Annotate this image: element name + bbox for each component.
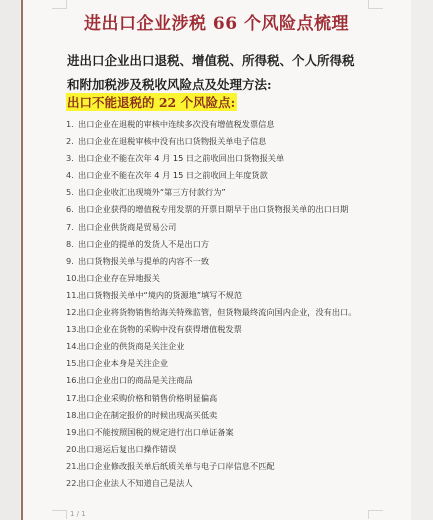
item-text: 出口企业将货物销售给海关特殊监管，但货物最终流向国内企业，没有出口。 bbox=[78, 307, 356, 317]
list-item: 22.出口企业法人不知道自己是法人 bbox=[66, 475, 356, 492]
item-number: 19. bbox=[66, 424, 78, 441]
list-item: 9.出口货物报关单与提单的内容不一致 bbox=[66, 253, 356, 270]
viewer-background bbox=[0, 0, 20, 520]
intro-line: 进出口企业出口退税、增值税、所得税、个人所得税 bbox=[67, 49, 377, 73]
item-number: 16. bbox=[66, 372, 78, 389]
item-text: 出口企业法人不知道自己是法人 bbox=[78, 478, 193, 488]
list-item: 20.出口退运后复出口操作错误 bbox=[66, 441, 356, 458]
item-text: 出口企业获得的增值税专用发票的开票日期早于出口货物报关单的出口日期 bbox=[78, 204, 348, 214]
list-item: 16.出口企业出口的商品是关注商品 bbox=[66, 372, 356, 389]
item-text: 出口货物报关单与提单的内容不一致 bbox=[78, 256, 209, 266]
item-text: 出口企业存在异地报关 bbox=[78, 273, 160, 283]
list-item: 8.出口企业的提单的发货人不是出口方 bbox=[66, 236, 356, 253]
item-number: 7. bbox=[66, 219, 78, 236]
viewer-scroll-area bbox=[411, 0, 433, 520]
item-text: 出口企业收汇出现境外“第三方付款行为” bbox=[78, 187, 226, 197]
list-item: 1.出口企业在退税的审核中连续多次没有增值税发票信息 bbox=[66, 116, 356, 133]
list-item: 13.出口企业在货物的采购中没有获得增值税发票 bbox=[66, 321, 356, 338]
item-text: 出口企业采购价格和销售价格明显偏高 bbox=[78, 393, 217, 403]
list-item: 14.出口企业的供货商是关注企业 bbox=[66, 338, 356, 355]
list-item: 7.出口企业供货商是贸易公司 bbox=[66, 219, 356, 236]
item-number: 12. bbox=[66, 304, 78, 321]
list-item: 12.出口企业将货物销售给海关特殊监管，但货物最终流向国内企业，没有出口。 bbox=[66, 304, 356, 321]
item-number: 6. bbox=[66, 201, 78, 218]
item-text: 出口企业不能在次年 4 月 15 日之前收回上年度货款 bbox=[78, 170, 268, 180]
item-number: 14. bbox=[66, 338, 78, 355]
item-number: 21. bbox=[66, 458, 78, 475]
item-number: 15. bbox=[66, 355, 78, 372]
page-indicator: 1 / 1 bbox=[70, 510, 86, 518]
list-item: 2.出口企业在退税审核中没有出口货物报关单电子信息 bbox=[66, 133, 356, 150]
list-item: 5.出口企业收汇出现境外“第三方付款行为” bbox=[66, 184, 356, 201]
item-number: 17. bbox=[66, 390, 78, 407]
section-heading-highlighted: 出口不能退税的 22 个风险点: bbox=[66, 93, 237, 111]
item-number: 10. bbox=[66, 270, 78, 287]
item-text: 出口企业在退税审核中没有出口货物报关单电子信息 bbox=[78, 136, 266, 146]
item-text: 出口企业不能在次年 4 月 15 日之前收回出口货物报关单 bbox=[78, 153, 284, 163]
list-item: 17.出口企业采购价格和销售价格明显偏高 bbox=[66, 390, 356, 407]
item-number: 18. bbox=[66, 407, 78, 424]
item-text: 出口货物报关单中“境内的货源地”填写不规范 bbox=[78, 290, 242, 300]
item-text: 出口企业出口的商品是关注商品 bbox=[78, 375, 193, 385]
list-item: 11.出口货物报关单中“境内的货源地”填写不规范 bbox=[66, 287, 356, 304]
list-item: 4.出口企业不能在次年 4 月 15 日之前收回上年度货款 bbox=[66, 167, 356, 184]
crop-mark-bottom-right bbox=[368, 510, 383, 519]
list-item: 6.出口企业获得的增值税专用发票的开票日期早于出口货物报关单的出口日期 bbox=[66, 201, 356, 218]
item-text: 出口企在制定报价的时候出现高买低卖 bbox=[78, 410, 217, 420]
item-text: 出口企业本身是关注企业 bbox=[78, 358, 168, 368]
item-number: 5. bbox=[66, 184, 78, 201]
list-item: 18.出口企在制定报价的时候出现高买低卖 bbox=[66, 407, 356, 424]
intro-paragraph: 进出口企业出口退税、增值税、所得税、个人所得税 和附加税涉及税收风险点及处理方法… bbox=[67, 49, 377, 97]
item-text: 出口企业在货物的采购中没有获得增值税发票 bbox=[78, 324, 242, 334]
crop-mark-top-right bbox=[368, 0, 383, 9]
item-text: 出口企业的提单的发货人不是出口方 bbox=[78, 239, 209, 249]
item-text: 出口不能按照国税的规定进行出口单证备案 bbox=[78, 427, 234, 437]
item-text: 出口退运后复出口操作错误 bbox=[78, 444, 176, 454]
item-text: 出口企业在退税的审核中连续多次没有增值税发票信息 bbox=[78, 119, 275, 129]
list-item: 3.出口企业不能在次年 4 月 15 日之前收回出口货物报关单 bbox=[66, 150, 356, 167]
risk-list: 1.出口企业在退税的审核中连续多次没有增值税发票信息 2.出口企业在退税审核中没… bbox=[66, 116, 356, 492]
item-text: 出口企业修改报关单后纸质关单与电子口岸信息不匹配 bbox=[78, 461, 275, 471]
list-item: 21.出口企业修改报关单后纸质关单与电子口岸信息不匹配 bbox=[66, 458, 356, 475]
item-number: 20. bbox=[66, 441, 78, 458]
crop-mark-top-left bbox=[52, 0, 67, 9]
item-text: 出口企业供货商是贸易公司 bbox=[78, 222, 176, 232]
item-number: 4. bbox=[66, 167, 78, 184]
item-number: 1. bbox=[66, 116, 78, 133]
item-number: 13. bbox=[66, 321, 78, 338]
crop-mark-bottom-left bbox=[52, 510, 67, 519]
item-number: 3. bbox=[66, 150, 78, 167]
list-item: 10.出口企业存在异地报关 bbox=[66, 270, 356, 287]
list-item: 15.出口企业本身是关注企业 bbox=[66, 355, 356, 372]
document-title: 进出口企业涉税 66 个风险点梳理 bbox=[0, 9, 433, 34]
item-number: 8. bbox=[66, 236, 78, 253]
list-item: 19.出口不能按照国税的规定进行出口单证备案 bbox=[66, 424, 356, 441]
item-text: 出口企业的供货商是关注企业 bbox=[78, 341, 184, 351]
item-number: 2. bbox=[66, 133, 78, 150]
item-number: 22. bbox=[66, 475, 78, 492]
item-number: 11. bbox=[66, 287, 78, 304]
item-number: 9. bbox=[66, 253, 78, 270]
